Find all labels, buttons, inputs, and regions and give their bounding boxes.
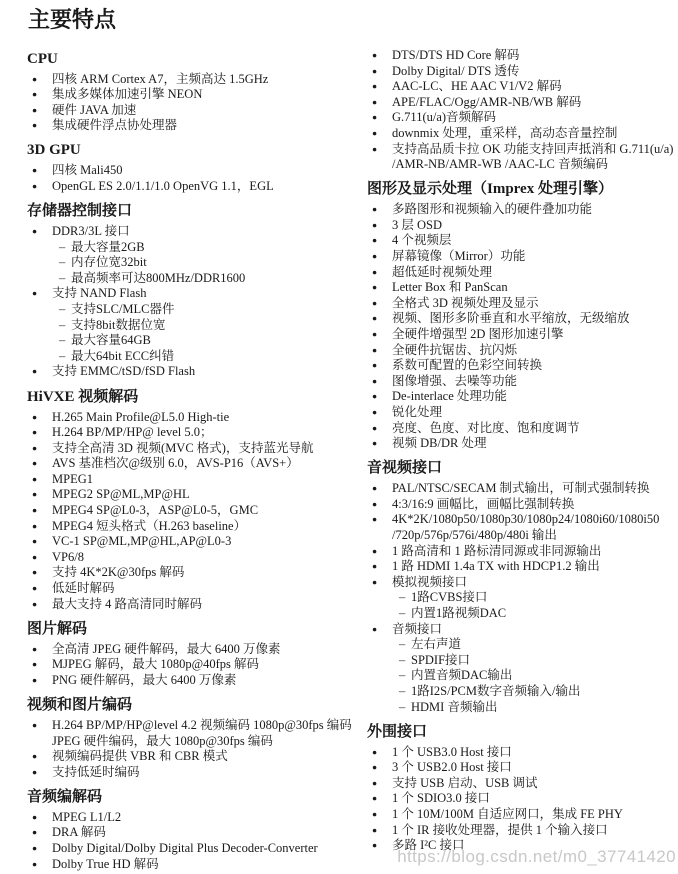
bullet-item: ●H.264 BP/MP/HP@ level 5.0； [27,425,367,441]
item-text: H.265 Main Profile@L5.0 High-tie [52,410,229,424]
bullet-icon: ● [32,825,37,841]
bullet-icon: ● [372,791,377,807]
section-heading: 音视频接口 [367,458,678,479]
bullet-item: ●H.264 BP/MP/HP@level 4.2 视频编码 1080p@30f… [27,718,367,734]
bullet-item: ●MPEG4 SP@L0-3，ASP@L0-5，GMC [27,503,367,519]
bullet-item: ●系数可配置的色彩空间转换 [367,358,678,374]
dash-icon: – [399,606,405,622]
section-heading: HiVXE 视频解码 [27,387,367,408]
bullet-icon: ● [32,364,37,380]
bullet-item: ●低延时解码 [27,581,367,597]
bullet-item: ●4K*2K/1080p50/1080p30/1080p24/1080i60/1… [367,512,678,528]
bullet-icon: ● [32,810,37,826]
bullet-item: ●全硬件抗锯齿、抗闪烁 [367,343,678,359]
bullet-item: ●集成多媒体加速引擎 NEON [27,87,367,103]
bullet-item: ●MPEG4 短头格式（H.263 baseline） [27,519,367,535]
item-text: 1路CVBS接口 [411,590,487,604]
bullet-item: ●全硬件增强型 2D 图形加速引擎 [367,327,678,343]
bullet-icon: ● [32,503,37,519]
dash-icon: – [399,684,405,700]
bullet-item: ●全格式 3D 视频处理及显示 [367,296,678,312]
bullet-icon: ● [372,218,377,234]
bullet-icon: ● [32,456,37,472]
bullet-item: ●超低延时视频处理 [367,265,678,281]
bullet-item: ●1 个 IR 接收处理器，提供 1 个输入接口 [367,823,678,839]
sub-item: –1路CVBS接口 [367,590,678,606]
bullet-icon: ● [32,72,37,88]
item-text: DTS/DTS HD Core 解码 [392,48,519,62]
sub-item: –最大64bit ECC纠错 [27,349,367,365]
bullet-item: ●VC-1 SP@ML,MP@HL,AP@L0-3 [27,534,367,550]
item-text: AVS 基准档次@级别 6.0，AVS-P16（AVS+） [52,456,299,470]
bullet-icon: ● [32,718,37,734]
item-text: 1 个 USB3.0 Host 接口 [392,745,512,759]
section-heading: 存储器控制接口 [27,201,367,222]
item-text: 图像增强、去噪等功能 [392,374,517,388]
bullet-item: ●De-interlace 处理功能 [367,389,678,405]
bullet-icon: ● [372,421,377,437]
continuation-line: /AMR-NB/AMR-WB /AAC-LC 音频编码 [367,157,678,173]
bullet-icon: ● [372,575,377,591]
item-text: OpenGL ES 2.0/1.1/1.0 OpenVG 1.1，EGL [52,179,274,193]
item-text: De-interlace 处理功能 [392,389,507,403]
bullet-icon: ● [32,118,37,134]
bullet-icon: ● [372,249,377,265]
item-text: MPEG4 SP@L0-3，ASP@L0-5，GMC [52,503,258,517]
item-text: 最大容量64GB [71,333,151,347]
bullet-icon: ● [372,64,377,80]
bullet-icon: ● [372,405,377,421]
bullet-icon: ● [372,358,377,374]
bullet-icon: ● [32,163,37,179]
item-text: 1路I2S/PCM数字音频输入/输出 [411,684,580,698]
bullet-item: ●1 个 10M/100M 自适应网口，集成 FE PHY [367,807,678,823]
item-text: 支持低延时编码 [52,765,140,779]
item-text: 内置音频DAC输出 [411,668,512,682]
bullet-item: ●H.265 Main Profile@L5.0 High-tie [27,410,367,426]
bullet-item: ●MPEG2 SP@ML,MP@HL [27,487,367,503]
item-text: 最高频率可达800MHz/DDR1600 [71,271,245,285]
dash-icon: – [59,333,65,349]
bullet-icon: ● [372,142,377,158]
bullet-item: ●3 层 OSD [367,218,678,234]
dash-icon: – [59,240,65,256]
item-text: 支持8bit数据位宽 [71,318,165,332]
item-text: 屏幕镜像（Mirror）功能 [392,249,525,263]
item-text: 全硬件增强型 2D 图形加速引擎 [392,327,564,341]
bullet-icon: ● [32,87,37,103]
bullet-item: ●支持 EMMC/tSD/fSD Flash [27,364,367,380]
bullet-item: ●downmix 处理，重采样，高动态音量控制 [367,126,678,142]
bullet-item: ●最大支持 4 路高清同时解码 [27,597,367,613]
item-text: MJPEG 解码，最大 1080p@40fps 解码 [52,657,259,671]
bullet-icon: ● [372,559,377,575]
item-text: 支持 USB 启动、USB 调试 [392,776,538,790]
item-text: MPEG4 短头格式（H.263 baseline） [52,519,246,533]
bullet-item: ●3 个 USB2.0 Host 接口 [367,760,678,776]
bullet-icon: ● [372,807,377,823]
item-text: 1 个 SDIO3.0 接口 [392,791,490,805]
bullet-item: ●Letter Box 和 PanScan [367,280,678,296]
bullet-item: ●1 个 SDIO3.0 接口 [367,791,678,807]
sub-item: –最大容量64GB [27,333,367,349]
bullet-item: ●视频 DB/DR 处理 [367,436,678,452]
bullet-icon: ● [32,565,37,581]
section-heading: 图片解码 [27,619,367,640]
page-title: 主要特点 [28,6,678,34]
bullet-icon: ● [32,841,37,857]
bullet-icon: ● [32,581,37,597]
bullet-icon: ● [372,202,377,218]
bullet-item: ●G.711(u/a)音频解码 [367,110,678,126]
item-text: 支持高品质卡拉 OK 功能支持回声抵消和 G.711(u/a) [392,142,673,156]
bullet-icon: ● [372,389,377,405]
bullet-item: ●Dolby True HD 解码 [27,857,367,873]
bullet-icon: ● [372,233,377,249]
bullet-icon: ● [372,280,377,296]
item-text: MPEG2 SP@ML,MP@HL [52,487,190,501]
section-heading: 音频编解码 [27,787,367,808]
bullet-icon: ● [372,823,377,839]
item-text: 支持 NAND Flash [52,286,146,300]
item-text: 多路图形和视频输入的硬件叠加功能 [392,202,592,216]
bullet-icon: ● [372,95,377,111]
bullet-icon: ● [372,48,377,64]
bullet-icon: ● [372,327,377,343]
bullet-item: ●APE/FLAC/Ogg/AMR-NB/WB 解码 [367,95,678,111]
sub-item: –1路I2S/PCM数字音频输入/输出 [367,684,678,700]
item-text: Letter Box 和 PanScan [392,280,508,294]
sub-item: –支持8bit数据位宽 [27,318,367,334]
bullet-icon: ● [32,286,37,302]
bullet-icon: ● [372,436,377,452]
bullet-icon: ● [32,103,37,119]
continuation-line: /720p/576p/576i/480p/480i 输出 [367,528,678,544]
item-text: 锐化处理 [392,405,442,419]
item-text: H.264 BP/MP/HP@ level 5.0； [52,425,213,439]
bullet-item: ●DTS/DTS HD Core 解码 [367,48,678,64]
item-text: 系数可配置的色彩空间转换 [392,358,542,372]
bullet-item: ●VP6/8 [27,550,367,566]
bullet-icon: ● [32,472,37,488]
bullet-icon: ● [32,487,37,503]
bullet-item: ●4:3/16:9 画幅比，画幅比强制转换 [367,497,678,513]
bullet-icon: ● [372,296,377,312]
item-text: 左右声道 [411,637,461,651]
dash-icon: – [59,302,65,318]
item-text: 低延时解码 [52,581,115,595]
item-text: 集成多媒体加速引擎 NEON [52,87,202,101]
bullet-icon: ● [372,311,377,327]
bullet-icon: ● [32,673,37,689]
item-text: 视频编码提供 VBR 和 CBR 模式 [52,749,228,763]
bullet-icon: ● [372,512,377,528]
bullet-icon: ● [32,534,37,550]
dash-icon: – [399,653,405,669]
bullet-icon: ● [32,657,37,673]
bullet-item: ●DDR3/3L 接口 [27,224,367,240]
dash-icon: – [59,271,65,287]
bullet-item: ●MJPEG 解码，最大 1080p@40fps 解码 [27,657,367,673]
bullet-item: ●四核 Mali450 [27,163,367,179]
item-text: DDR3/3L 接口 [52,224,130,238]
dash-icon: – [59,255,65,271]
item-text: SPDIF接口 [411,653,470,667]
bullet-icon: ● [372,776,377,792]
right-column: ●DTS/DTS HD Core 解码●Dolby Digital/ DTS 透… [367,42,678,854]
item-text: 3 层 OSD [392,218,442,232]
item-text: 集成硬件浮点协处理器 [52,118,177,132]
bullet-item: ●亮度、色度、对比度、饱和度调节 [367,421,678,437]
item-text: 视频 DB/DR 处理 [392,436,486,450]
item-text: HDMI 音频输出 [411,700,497,714]
dash-icon: – [399,700,405,716]
bullet-item: ●硬件 JAVA 加速 [27,103,367,119]
section-heading: 外围接口 [367,722,678,743]
bullet-item: ●支持 NAND Flash [27,286,367,302]
bullet-item: ●锐化处理 [367,405,678,421]
sub-item: –最高频率可达800MHz/DDR1600 [27,271,367,287]
item-text: MPEG1 [52,472,93,486]
item-text: G.711(u/a)音频解码 [392,110,496,124]
bullet-icon: ● [372,265,377,281]
item-text: 亮度、色度、对比度、饱和度调节 [392,421,580,435]
item-text: 全硬件抗锯齿、抗闪烁 [392,343,517,357]
sub-item: –SPDIF接口 [367,653,678,669]
dash-icon: – [399,590,405,606]
section-heading: 视频和图片编码 [27,695,367,716]
item-text: 全格式 3D 视频处理及显示 [392,296,539,310]
bullet-item: ●OpenGL ES 2.0/1.1/1.0 OpenVG 1.1，EGL [27,179,367,195]
dash-icon: – [59,318,65,334]
bullet-item: ●支持低延时编码 [27,765,367,781]
bullet-item: ●Dolby Digital/ DTS 透传 [367,64,678,80]
bullet-item: ●1 个 USB3.0 Host 接口 [367,745,678,761]
bullet-item: ●AVS 基准档次@级别 6.0，AVS-P16（AVS+） [27,456,367,472]
bullet-item: ●视频、图形多阶垂直和水平缩放，无级缩放 [367,311,678,327]
section-heading: CPU [27,49,367,70]
bullet-icon: ● [372,745,377,761]
bullet-item: ●1 路高清和 1 路标清同源或非同源输出 [367,544,678,560]
bullet-icon: ● [32,857,37,873]
dash-icon: – [399,637,405,653]
section-heading: 3D GPU [27,140,367,161]
bullet-icon: ● [372,544,377,560]
bullet-item: ●集成硬件浮点协处理器 [27,118,367,134]
sub-item: –内存位宽32bit [27,255,367,271]
watermark: https://blog.csdn.net/m0_37741420 [397,847,676,867]
item-text: 1 路高清和 1 路标清同源或非同源输出 [392,544,601,558]
item-text: H.264 BP/MP/HP@level 4.2 视频编码 1080p@30fp… [52,718,352,732]
bullet-item: ●支持 USB 启动、USB 调试 [367,776,678,792]
item-text: 最大64bit ECC纠错 [71,349,174,363]
bullet-icon: ● [32,179,37,195]
item-text: 1 个 IR 接收处理器，提供 1 个输入接口 [392,823,608,837]
item-text: 支持SLC/MLC器件 [71,302,175,316]
item-text: MPEG L1/L2 [52,810,121,824]
item-text: downmix 处理，重采样，高动态音量控制 [392,126,617,140]
item-text: 4K*2K/1080p50/1080p30/1080p24/1080i60/10… [392,512,659,526]
bullet-item: ●PNG 硬件解码，最大 6400 万像素 [27,673,367,689]
item-text: Dolby Digital/ DTS 透传 [392,64,519,78]
section-heading: 图形及显示处理（Imprex 处理引擎） [367,179,678,200]
item-text: Dolby True HD 解码 [52,857,159,871]
left-column: CPU●四核 ARM Cortex A7，主频高达 1.5GHz●集成多媒体加速… [27,42,367,872]
bullet-icon: ● [372,481,377,497]
bullet-icon: ● [32,441,37,457]
sub-item: –HDMI 音频输出 [367,700,678,716]
bullet-item: ●Dolby Digital/Dolby Digital Plus Decode… [27,841,367,857]
bullet-item: ●4 个视频层 [367,233,678,249]
bullet-item: ●四核 ARM Cortex A7，主频高达 1.5GHz [27,72,367,88]
document-page: 主要特点 CPU●四核 ARM Cortex A7，主频高达 1.5GHz●集成… [0,0,678,872]
item-text: 4 个视频层 [392,233,451,247]
bullet-item: ●模拟视频接口 [367,575,678,591]
bullet-icon: ● [372,126,377,142]
two-column-layout: CPU●四核 ARM Cortex A7，主频高达 1.5GHz●集成多媒体加速… [27,42,678,872]
bullet-icon: ● [372,497,377,513]
item-text: AAC-LC、HE AAC V1/V2 解码 [392,79,562,93]
bullet-item: ●AAC-LC、HE AAC V1/V2 解码 [367,79,678,95]
bullet-item: ●MPEG L1/L2 [27,810,367,826]
continuation-line: JPEG 硬件编码，最大 1080p@30fps 编码 [27,734,367,750]
bullet-item: ●音频接口 [367,622,678,638]
bullet-icon: ● [372,79,377,95]
bullet-icon: ● [372,374,377,390]
bullet-item: ●屏幕镜像（Mirror）功能 [367,249,678,265]
bullet-item: ●MPEG1 [27,472,367,488]
bullet-item: ●全高清 JPEG 硬件解码，最大 6400 万像素 [27,642,367,658]
sub-item: –支持SLC/MLC器件 [27,302,367,318]
bullet-item: ●DRA 解码 [27,825,367,841]
item-text: VP6/8 [52,550,84,564]
item-text: 支持 4K*2K@30fps 解码 [52,565,184,579]
item-text: APE/FLAC/Ogg/AMR-NB/WB 解码 [392,95,581,109]
bullet-icon: ● [32,550,37,566]
item-text: 超低延时视频处理 [392,265,492,279]
item-text: 硬件 JAVA 加速 [52,103,136,117]
item-text: 1 个 10M/100M 自适应网口，集成 FE PHY [392,807,623,821]
bullet-item: ●多路图形和视频输入的硬件叠加功能 [367,202,678,218]
item-text: JPEG 硬件编码，最大 1080p@30fps 编码 [52,734,273,748]
item-text: 模拟视频接口 [392,575,467,589]
dash-icon: – [59,349,65,365]
bullet-item: ●支持高品质卡拉 OK 功能支持回声抵消和 G.711(u/a) [367,142,678,158]
sub-item: –内置音频DAC输出 [367,668,678,684]
bullet-item: ●1 路 HDMI 1.4a TX with HDCP1.2 输出 [367,559,678,575]
item-text: PNG 硬件解码，最大 6400 万像素 [52,673,236,687]
item-text: 最大容量2GB [71,240,145,254]
bullet-item: ●支持全高清 3D 视频(MVC 格式)，支持蓝光导航 [27,441,367,457]
item-text: VC-1 SP@ML,MP@HL,AP@L0-3 [52,534,231,548]
bullet-icon: ● [32,765,37,781]
item-text: 最大支持 4 路高清同时解码 [52,597,202,611]
item-text: 四核 Mali450 [52,163,122,177]
bullet-icon: ● [32,642,37,658]
sub-item: –左右声道 [367,637,678,653]
bullet-icon: ● [32,410,37,426]
bullet-icon: ● [32,749,37,765]
bullet-item: ●视频编码提供 VBR 和 CBR 模式 [27,749,367,765]
item-text: /AMR-NB/AMR-WB /AAC-LC 音频编码 [392,157,608,171]
bullet-item: ●图像增强、去噪等功能 [367,374,678,390]
item-text: DRA 解码 [52,825,106,839]
item-text: 内存位宽32bit [71,255,147,269]
bullet-icon: ● [32,224,37,240]
item-text: 1 路 HDMI 1.4a TX with HDCP1.2 输出 [392,559,600,573]
bullet-icon: ● [372,838,377,854]
bullet-item: ●PAL/NTSC/SECAM 制式输出，可制式强制转换 [367,481,678,497]
bullet-icon: ● [372,622,377,638]
item-text: Dolby Digital/Dolby Digital Plus Decoder… [52,841,318,855]
item-text: 音频接口 [392,622,442,636]
bullet-icon: ● [32,425,37,441]
item-text: 支持 EMMC/tSD/fSD Flash [52,364,195,378]
bullet-item: ●支持 4K*2K@30fps 解码 [27,565,367,581]
item-text: 视频、图形多阶垂直和水平缩放，无级缩放 [392,311,630,325]
bullet-icon: ● [32,519,37,535]
item-text: PAL/NTSC/SECAM 制式输出，可制式强制转换 [392,481,650,495]
sub-item: –内置1路视频DAC [367,606,678,622]
sub-item: –最大容量2GB [27,240,367,256]
item-text: 3 个 USB2.0 Host 接口 [392,760,512,774]
item-text: /720p/576p/576i/480p/480i 输出 [392,528,557,542]
item-text: 四核 ARM Cortex A7，主频高达 1.5GHz [52,72,268,86]
item-text: 支持全高清 3D 视频(MVC 格式)，支持蓝光导航 [52,441,313,455]
bullet-icon: ● [372,760,377,776]
item-text: 4:3/16:9 画幅比，画幅比强制转换 [392,497,574,511]
item-text: 内置1路视频DAC [411,606,506,620]
bullet-icon: ● [32,597,37,613]
bullet-icon: ● [372,110,377,126]
item-text: 全高清 JPEG 硬件解码，最大 6400 万像素 [52,642,280,656]
bullet-icon: ● [372,343,377,359]
dash-icon: – [399,668,405,684]
